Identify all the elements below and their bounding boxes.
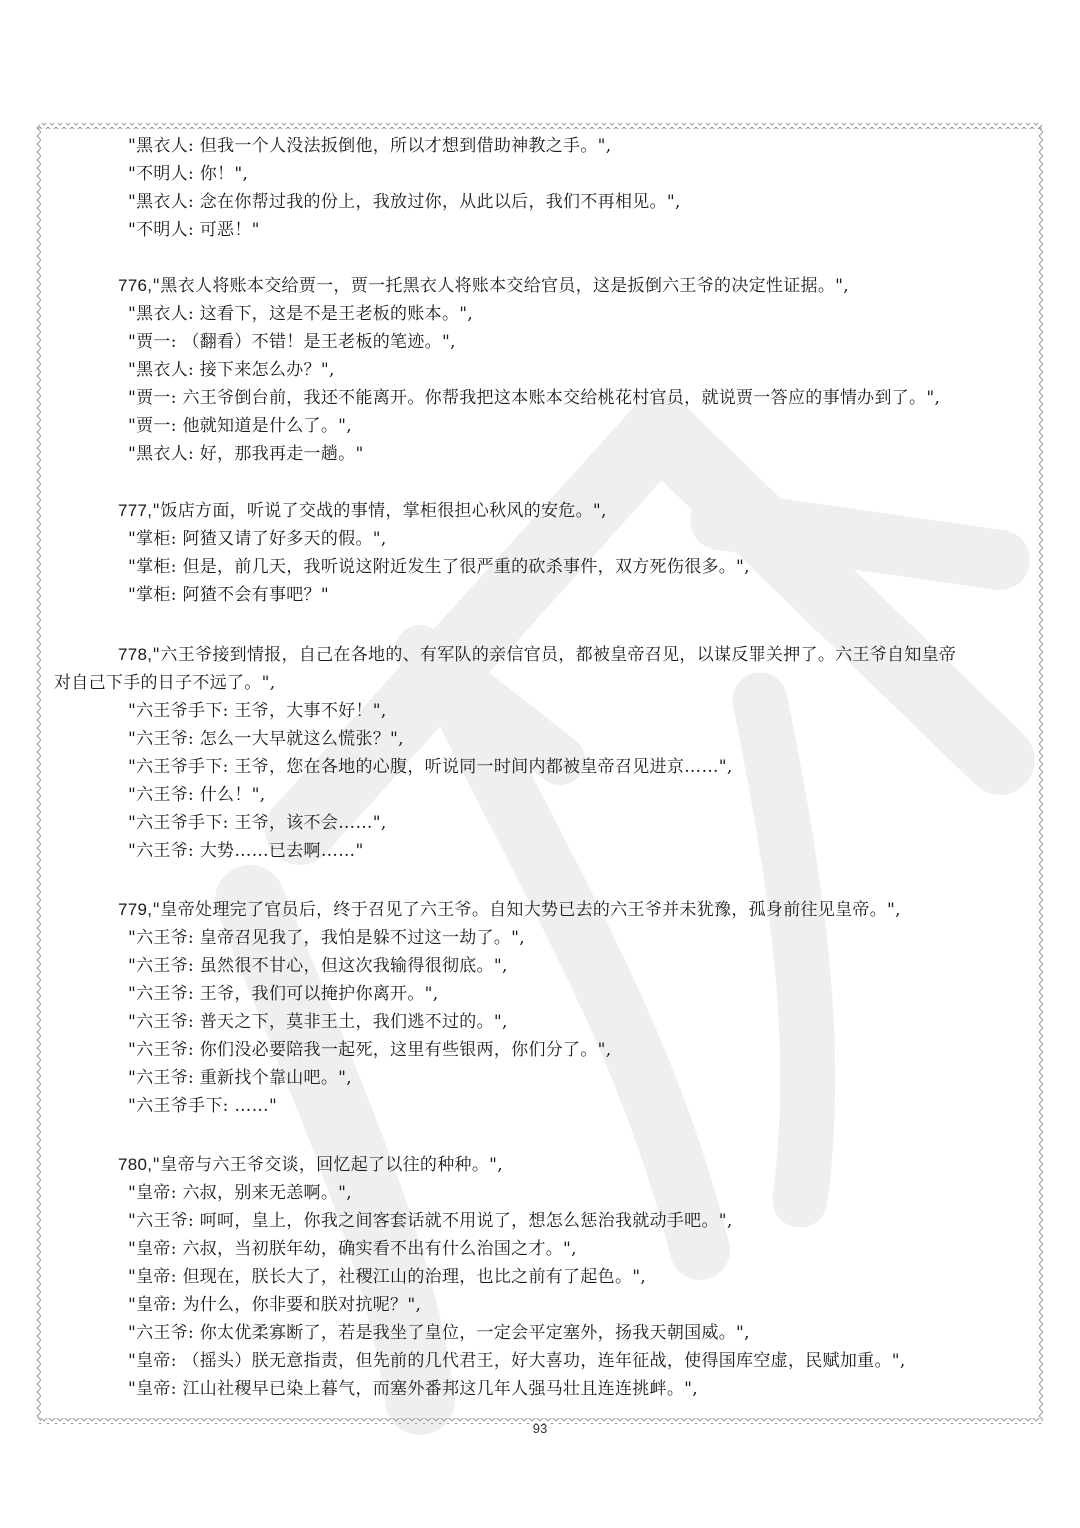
dialogue-line: "贾一: 六王爷倒台前，我还不能离开。你帮我把这本账本交给桃花村官员，就说贾一答… <box>128 387 940 409</box>
dialogue-line: "贾一: （翻看）不错！是王老板的笔迹。", <box>128 331 456 353</box>
dialogue-line: "黑衣人: 接下来怎么办？", <box>128 359 335 381</box>
dialogue-line: "黑衣人: 这看下，这是不是王老板的账本。", <box>128 303 473 325</box>
dialogue-line: "六王爷: 什么！", <box>128 784 265 806</box>
dialogue-line: "六王爷: 皇帝召见我了，我怕是躲不过这一劫了。", <box>128 927 525 949</box>
dialogue-line: "皇帝: 六叔，当初朕年幼，确实看不出有什么治国之才。", <box>128 1238 577 1260</box>
dialogue-line: "不明人: 可恶！" <box>128 219 260 241</box>
section-heading: 776,"黑衣人将账本交给贾一，贾一托黑衣人将账本交给官员，这是扳倒六王爷的决定… <box>118 275 849 297</box>
dialogue-line: "皇帝: 江山社稷早已染上暮气，而塞外番邦这几年人强马壮且连连挑衅。", <box>128 1378 698 1400</box>
section-heading: 780,"皇帝与六王爷交谈，回忆起了以往的种种。", <box>118 1154 503 1176</box>
dialogue-line: "六王爷手下: 王爷，您在各地的心腹，听说同一时间内都被皇帝召见进京……", <box>128 756 733 778</box>
dialogue-line: "黑衣人: 念在你帮过我的份上，我放过你，从此以后，我们不再相见。", <box>128 191 681 213</box>
dialogue-line: "六王爷: 普天之下，莫非王土，我们逃不过的。", <box>128 1011 508 1033</box>
section-number: 780, <box>118 1155 152 1174</box>
dialogue-line: "黑衣人: 好，那我再走一趟。" <box>128 443 364 465</box>
section-intro: "饭店方面，听说了交战的事情，掌柜很担心秋风的安危。", <box>152 501 606 521</box>
dialogue-line: "皇帝: 六叔，别来无恙啊。", <box>128 1182 352 1204</box>
dialogue-line: "六王爷: 呵呵，皇上，你我之间客套话就不用说了，想怎么惩治我就动手吧。", <box>128 1210 733 1232</box>
dialogue-line: "掌柜: 但是，前几天，我听说这附近发生了很严重的砍杀事件，双方死伤很多。", <box>128 556 750 578</box>
section-number: 776, <box>118 276 152 295</box>
section-heading: 778,"六王爷接到情报，自己在各地的、有军队的亲信官员，都被皇帝召见，以谋反罪… <box>118 644 956 666</box>
dialogue-line: "不明人: 你！", <box>128 163 248 185</box>
dialogue-line: "六王爷: 你们没必要陪我一起死，这里有些银两，你们分了。", <box>128 1039 611 1061</box>
dialogue-line: "六王爷: 王爷，我们可以掩护你离开。", <box>128 983 438 1005</box>
page-number: 93 <box>0 1421 1080 1436</box>
dialogue-line: "皇帝: 但现在，朕长大了，社稷江山的治理，也比之前有了起色。", <box>128 1266 646 1288</box>
section-heading: 779,"皇帝处理完了官员后，终于召见了六王爷。自知大势已去的六王爷并未犹豫，孤… <box>118 899 901 921</box>
dialogue-line: "黑衣人: 但我一个人没法扳倒他，所以才想到借助神教之手。", <box>128 135 611 157</box>
section-intro: "黑衣人将账本交给贾一，贾一托黑衣人将账本交给官员，这是扳倒六王爷的决定性证据。… <box>152 276 849 296</box>
section-heading: 777,"饭店方面，听说了交战的事情，掌柜很担心秋风的安危。", <box>118 500 607 522</box>
section-intro: "皇帝与六王爷交谈，回忆起了以往的种种。", <box>152 1155 503 1175</box>
dialogue-line: "六王爷手下: 王爷，大事不好！", <box>128 700 387 722</box>
section-number: 779, <box>118 900 152 919</box>
dialogue-line: "皇帝: 为什么，你非要和朕对抗呢？", <box>128 1294 421 1316</box>
dialogue-line: "六王爷: 你太优柔寡断了，若是我坐了皇位，一定会平定塞外，扬我天朝国威。", <box>128 1322 750 1344</box>
dialogue-line: "六王爷手下: 王爷，该不会……", <box>128 812 387 834</box>
document-page: "黑衣人: 但我一个人没法扳倒他，所以才想到借助神教之手。", "不明人: 你！… <box>0 0 1080 1528</box>
dialogue-line: "六王爷手下: ……" <box>128 1095 277 1117</box>
dialogue-line: "六王爷: 虽然很不甘心，但这次我输得很彻底。", <box>128 955 508 977</box>
dialogue-line: "贾一: 他就知道是什么了。", <box>128 415 352 437</box>
section-number: 778, <box>118 645 152 664</box>
dialogue-line: "六王爷: 大势……已去啊……" <box>128 840 364 862</box>
section-intro: "六王爷接到情报，自己在各地的、有军队的亲信官员，都被皇帝召见，以谋反罪关押了。… <box>152 645 956 665</box>
dialogue-line: "皇帝: （摇头）朕无意指责，但先前的几代君王，好大喜功，连年征战，使得国库空虚… <box>128 1350 906 1372</box>
section-intro: "皇帝处理完了官员后，终于召见了六王爷。自知大势已去的六王爷并未犹豫，孤身前往见… <box>152 900 901 920</box>
dialogue-line: "六王爷: 怎么一大早就这么慌张？", <box>128 728 404 750</box>
dialogue-line: "掌柜: 阿猹又请了好多天的假。", <box>128 528 387 550</box>
section-intro-continuation: 对自己下手的日子不远了。", <box>54 672 275 694</box>
section-number: 777, <box>118 501 152 520</box>
dialogue-line: "掌柜: 阿猹不会有事吧？" <box>128 584 329 606</box>
dialogue-line: "六王爷: 重新找个靠山吧。", <box>128 1067 352 1089</box>
